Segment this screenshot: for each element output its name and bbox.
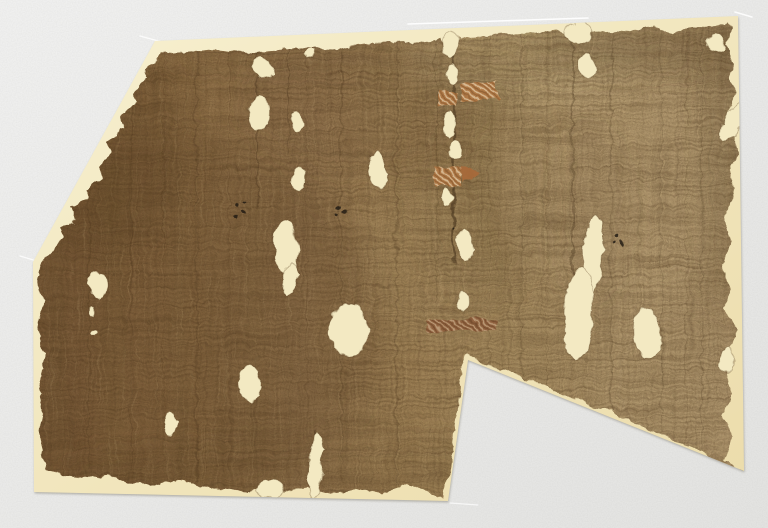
lacuna-hole: [88, 306, 94, 314]
ink-trace: [343, 209, 347, 213]
repair-tape: [424, 317, 494, 330]
ink-trace: [618, 240, 622, 244]
ink-trace: [232, 213, 235, 216]
ink-trace: [451, 225, 454, 228]
lacuna-hole: [441, 109, 453, 135]
lacuna-hole: [290, 108, 302, 132]
lacuna-hole: [255, 478, 281, 496]
lacuna-hole: [439, 187, 451, 203]
lacuna-hole: [444, 62, 458, 82]
lacuna-hole: [705, 32, 723, 52]
lacuna-hole: [91, 328, 97, 334]
lacuna-hole: [718, 344, 732, 370]
ink-trace: [613, 234, 617, 238]
ink-trace: [336, 212, 339, 215]
ink-trace: [338, 203, 343, 208]
ink-trace: [243, 199, 246, 202]
ink-trace: [234, 201, 239, 206]
lacuna-hole: [162, 412, 176, 434]
lacuna-hole: [328, 302, 368, 354]
lacuna-hole: [455, 289, 467, 309]
papyrus-photo-canvas: [0, 0, 768, 528]
lacuna-hole: [303, 46, 313, 58]
ink-trace: [239, 208, 243, 212]
lacuna-hole: [578, 51, 594, 77]
papyrus-photo: [0, 0, 768, 528]
repair-tape: [436, 90, 456, 104]
repair-tape: [431, 166, 462, 185]
lacuna-hole: [441, 30, 457, 56]
repair-tape: [459, 80, 497, 100]
ink-trace: [611, 243, 614, 246]
lacuna-hole: [446, 139, 460, 157]
